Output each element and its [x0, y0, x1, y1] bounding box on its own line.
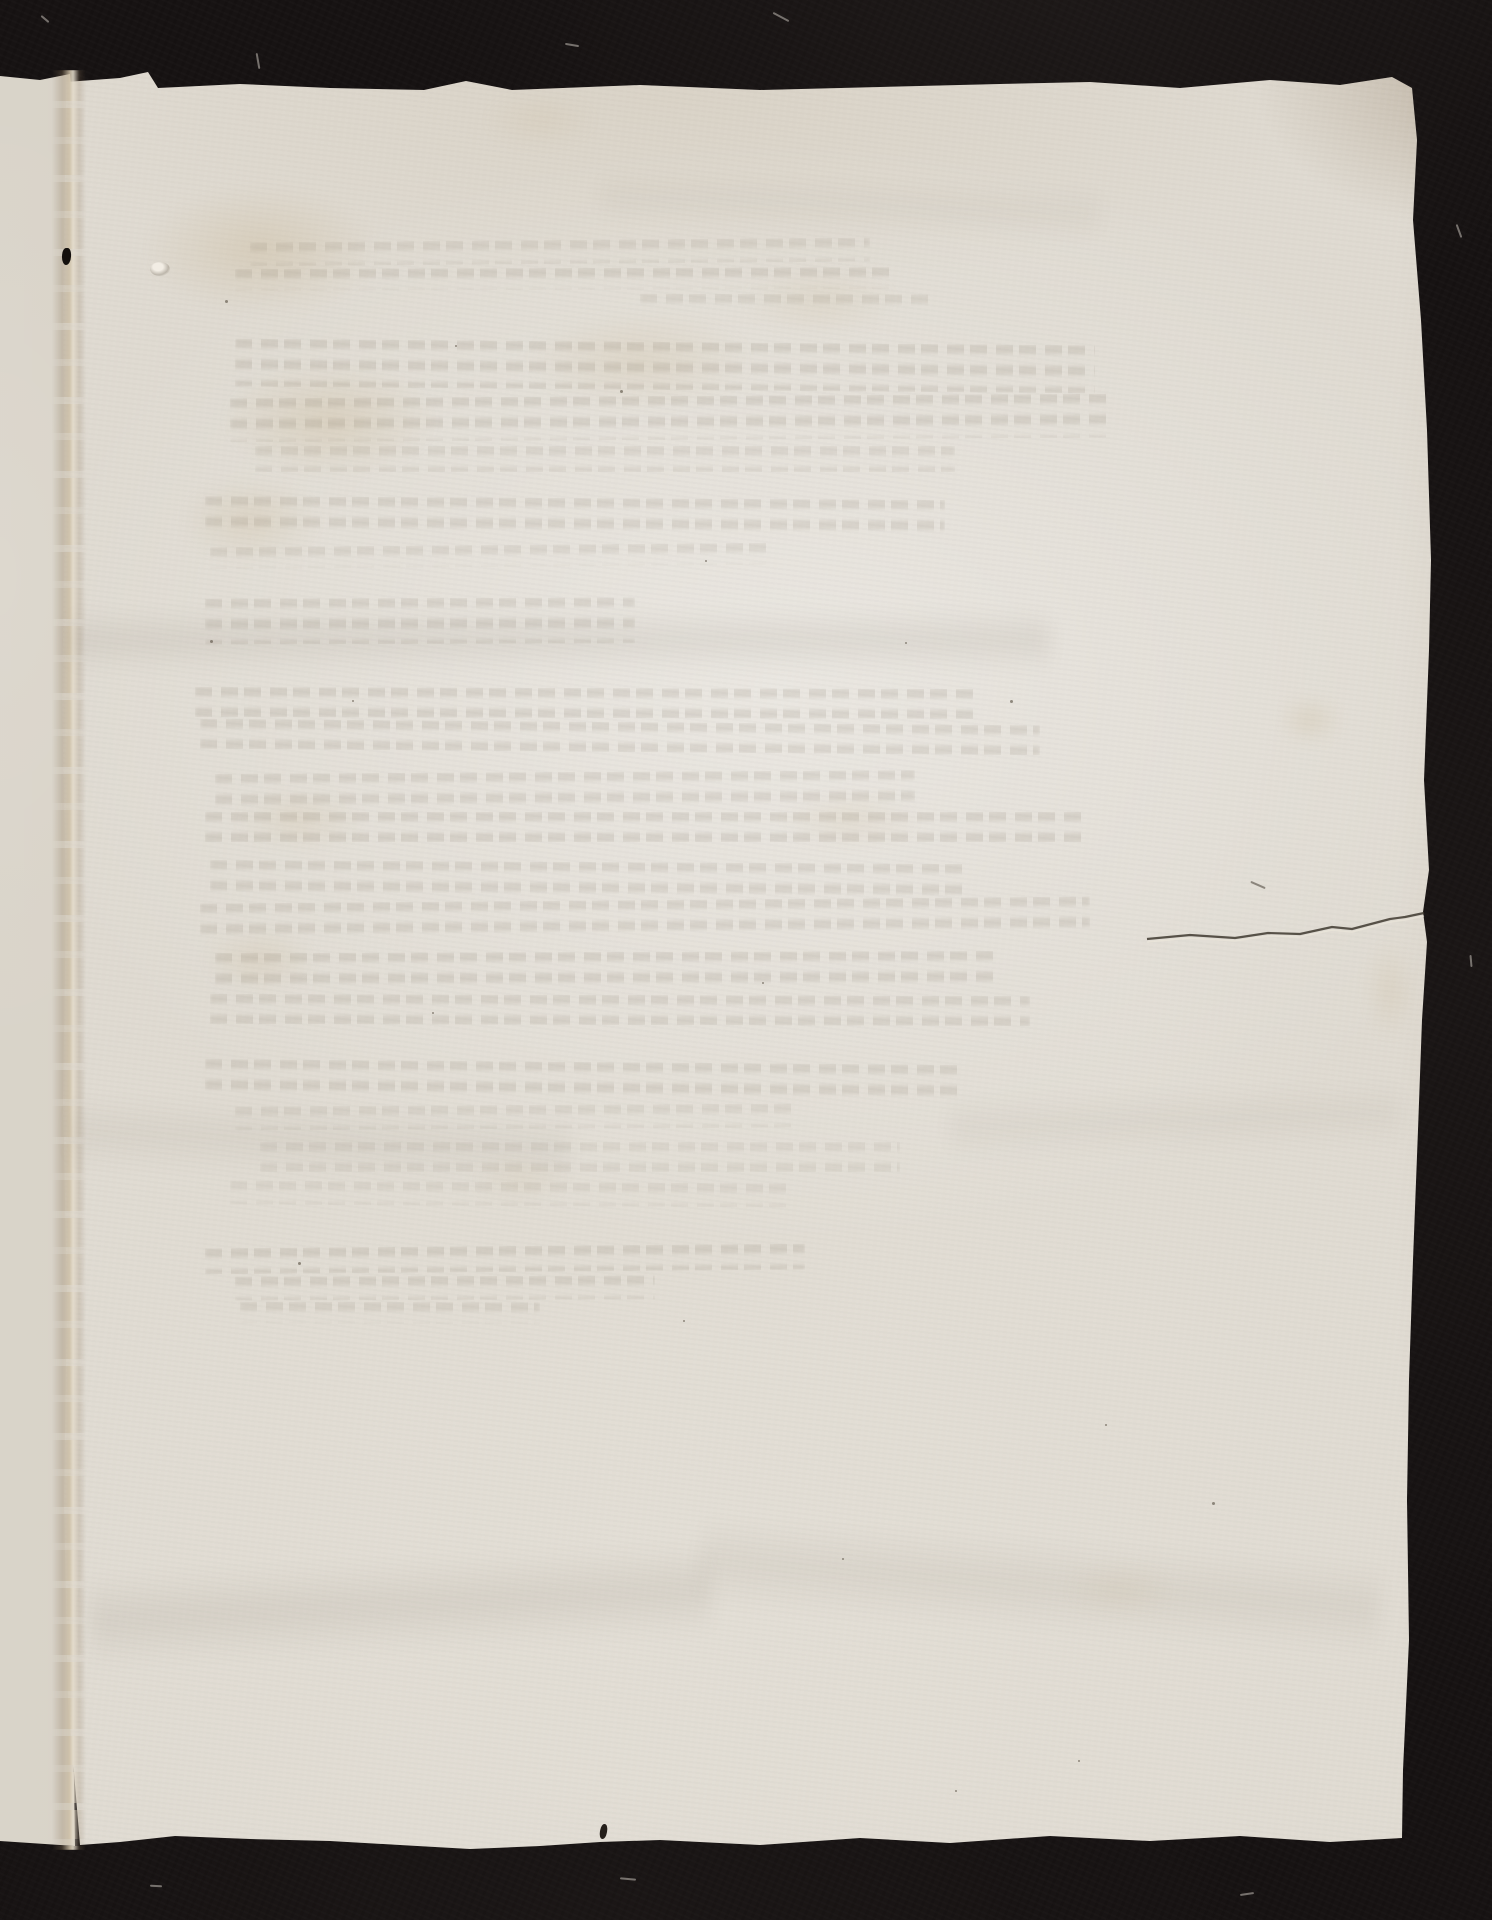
binding-fold: [52, 70, 86, 1850]
archival-photograph: [0, 0, 1492, 1920]
manuscript-page: [0, 0, 1492, 1920]
